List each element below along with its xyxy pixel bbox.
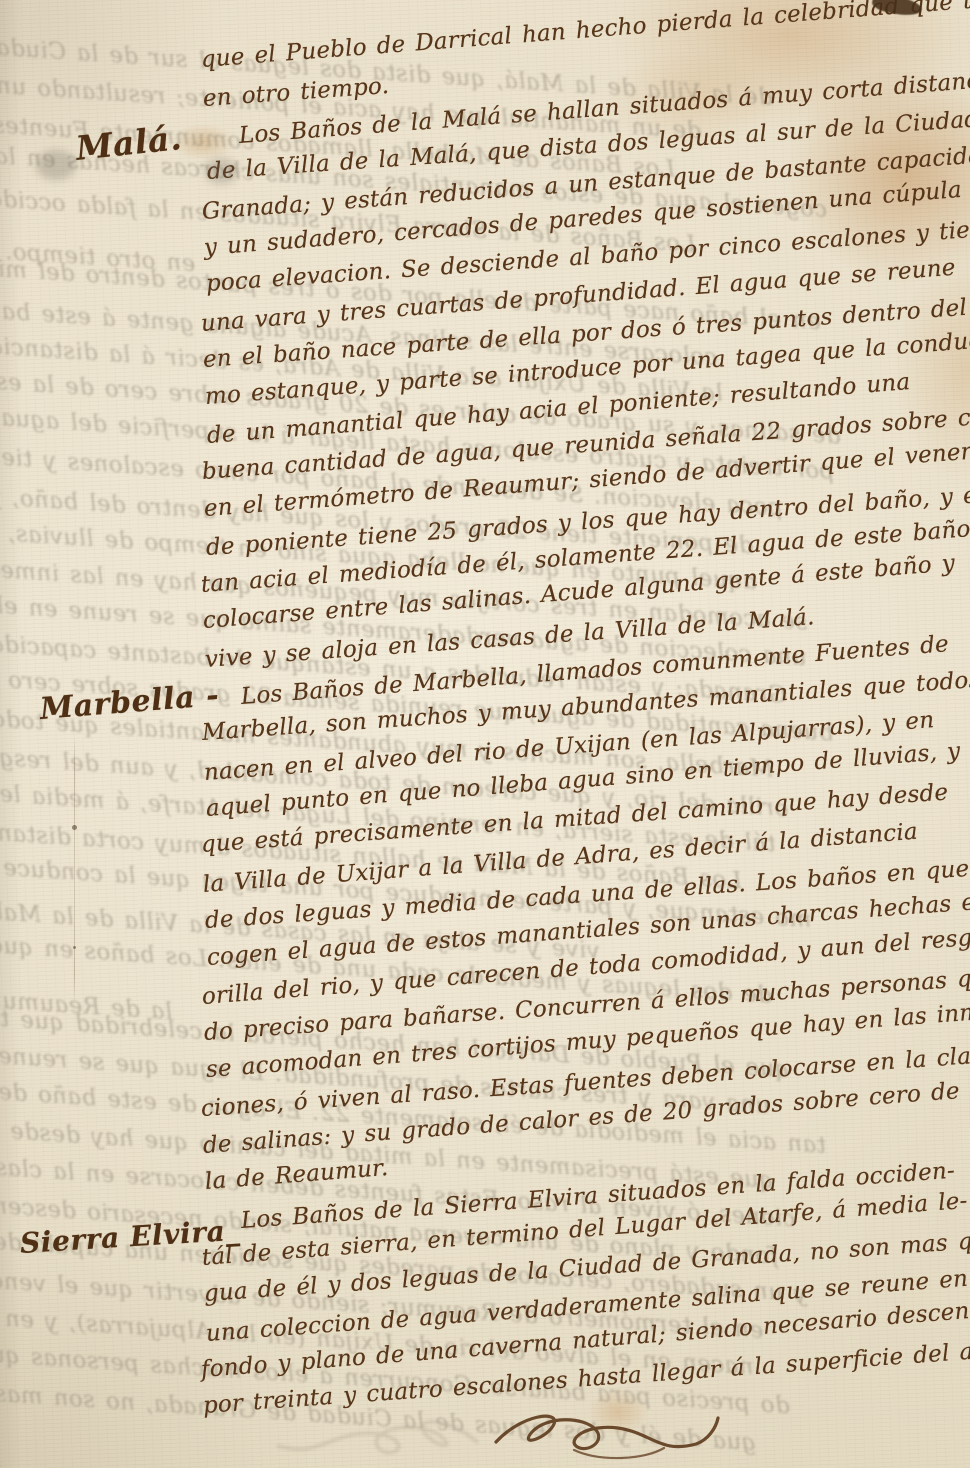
manuscript-line: que el Pueblo de Darrical han hecho pier…	[200, 0, 970, 73]
gray-smudge	[204, 158, 238, 184]
manuscript-line: en otro tiempo.	[202, 73, 390, 112]
rubric-flourish-icon	[488, 1404, 723, 1466]
bleedthrough-line: la de Reaumur.	[0, 987, 173, 1025]
bleedthrough-line: en otro tiempo.	[4, 239, 196, 277]
margin-heading: Marbella -	[39, 678, 221, 727]
gray-smudge	[36, 150, 76, 180]
bleedthrough-flourish-icon	[268, 1412, 483, 1464]
margin-heading: Malá.	[74, 118, 184, 168]
paper-crease	[74, 735, 75, 1003]
manuscript-line: la de Reaumur.	[204, 1155, 389, 1195]
manuscript-page: de la Villa de la Malá, que dista dos le…	[0, 0, 970, 1468]
